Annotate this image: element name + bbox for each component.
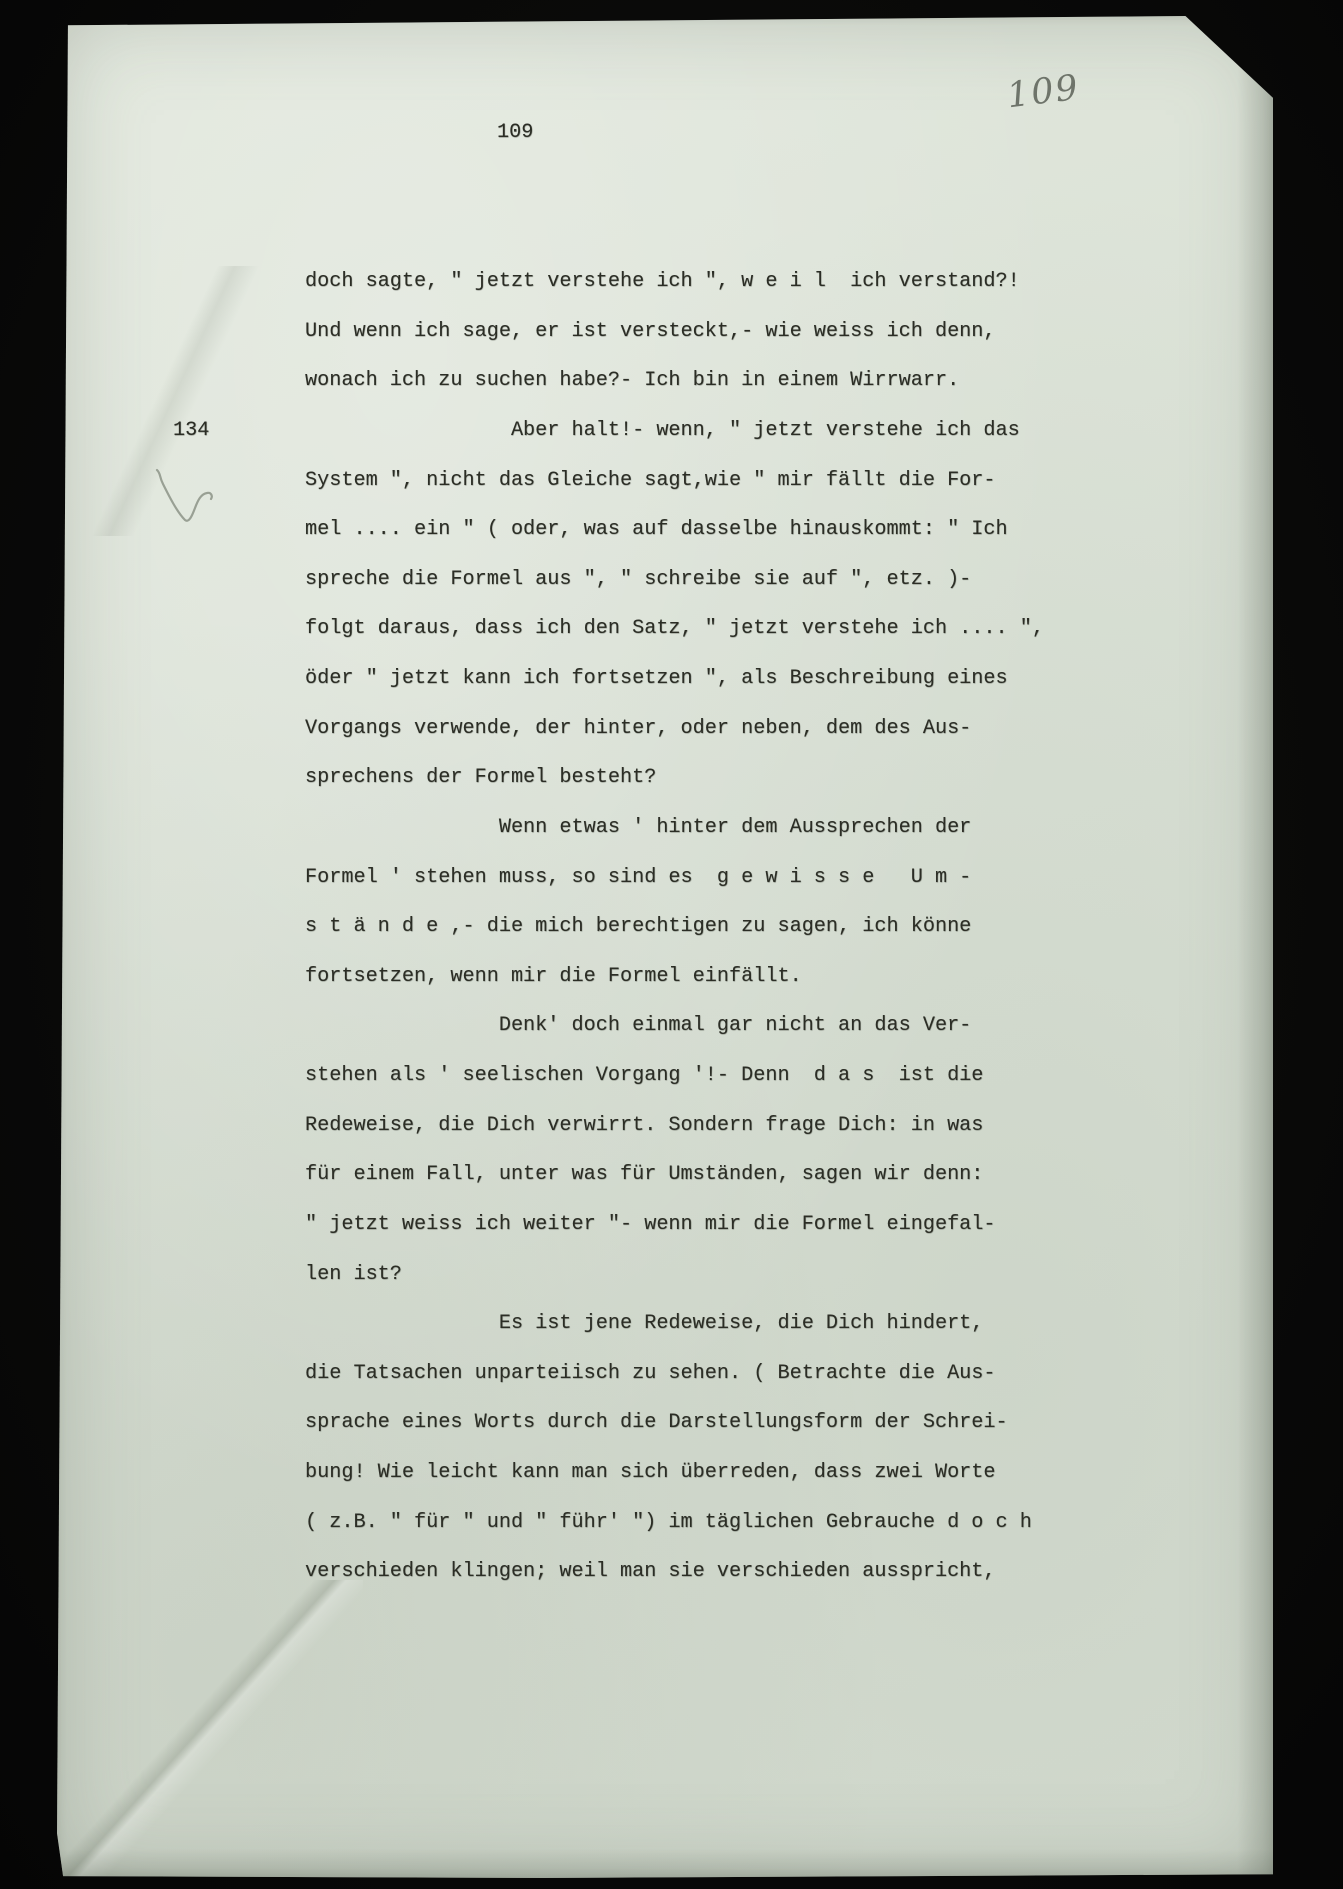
paper-edge-shadow [57,1844,1273,1878]
typescript-line: sprache eines Worts durch die Darstellun… [305,1398,1125,1448]
typescript-line: verschieden klingen; weil man sie versch… [305,1547,1125,1597]
margin-remark-number: 134 [173,406,209,456]
typescript-line: s t ä n d e ,- die mich berechtigen zu s… [305,902,1125,952]
typescript-line: spreche die Formel aus ", " schreibe sie… [305,555,1125,605]
typescript-line: Es ist jene Redeweise, die Dich hindert, [305,1299,1125,1349]
typescript-line: Vorgangs verwende, der hinter, oder nebe… [305,704,1125,754]
typescript-line: sprechens der Formel besteht? [305,753,1125,803]
typescript-line: mel .... ein " ( oder, was auf dasselbe … [305,505,1125,555]
typescript-line: für einem Fall, unter was für Umständen,… [305,1150,1125,1200]
typescript-line: ( z.B. " für " und " führ' ") im täglich… [305,1498,1125,1548]
pencil-checkmark-icon [151,466,229,532]
typescript-line: System ", nicht das Gleiche sagt,wie " m… [305,456,1125,506]
typescript-line: die Tatsachen unparteiisch zu sehen. ( B… [305,1349,1125,1399]
typescript-line: Denk' doch einmal gar nicht an das Ver- [305,1001,1125,1051]
typed-page-number: 109 [497,118,533,148]
typescript-line: Redeweise, die Dich verwirrt. Sondern fr… [305,1101,1125,1151]
typescript-line: fortsetzen, wenn mir die Formel einfällt… [305,952,1125,1002]
typescript-line: " jetzt weiss ich weiter "- wenn mir die… [305,1200,1125,1250]
typescript-line: öder " jetzt kann ich fortsetzen ", als … [305,654,1125,704]
typescript-line: Formel ' stehen muss, so sind es g e w i… [305,853,1125,903]
typescript-body: doch sagte, " jetzt verstehe ich ", w e … [305,257,1125,1597]
paper-crease [33,1580,363,1889]
typescript-line: Und wenn ich sage, er ist versteckt,- wi… [305,307,1125,357]
typescript-line: stehen als ' seelischen Vorgang '!- Denn… [305,1051,1125,1101]
typescript-line: Aber halt!- wenn, " jetzt verstehe ich d… [305,406,1125,456]
document-page: 109 109 134 doch sagte, " jetzt verstehe… [57,16,1273,1878]
typescript-line: len ist? [305,1250,1125,1300]
typescript-line: Wenn etwas ' hinter dem Aussprechen der [305,803,1125,853]
paper-edge-shadow [1231,16,1273,1878]
typescript-line: doch sagte, " jetzt verstehe ich ", w e … [305,257,1125,307]
photograph-background: 109 109 134 doch sagte, " jetzt verstehe… [0,0,1343,1889]
handwritten-page-number: 109 [1005,68,1082,117]
typescript-line: folgt daraus, dass ich den Satz, " jetzt… [305,604,1125,654]
typescript-line: bung! Wie leicht kann man sich überreden… [305,1448,1125,1498]
typescript-line: wonach ich zu suchen habe?- Ich bin in e… [305,356,1125,406]
